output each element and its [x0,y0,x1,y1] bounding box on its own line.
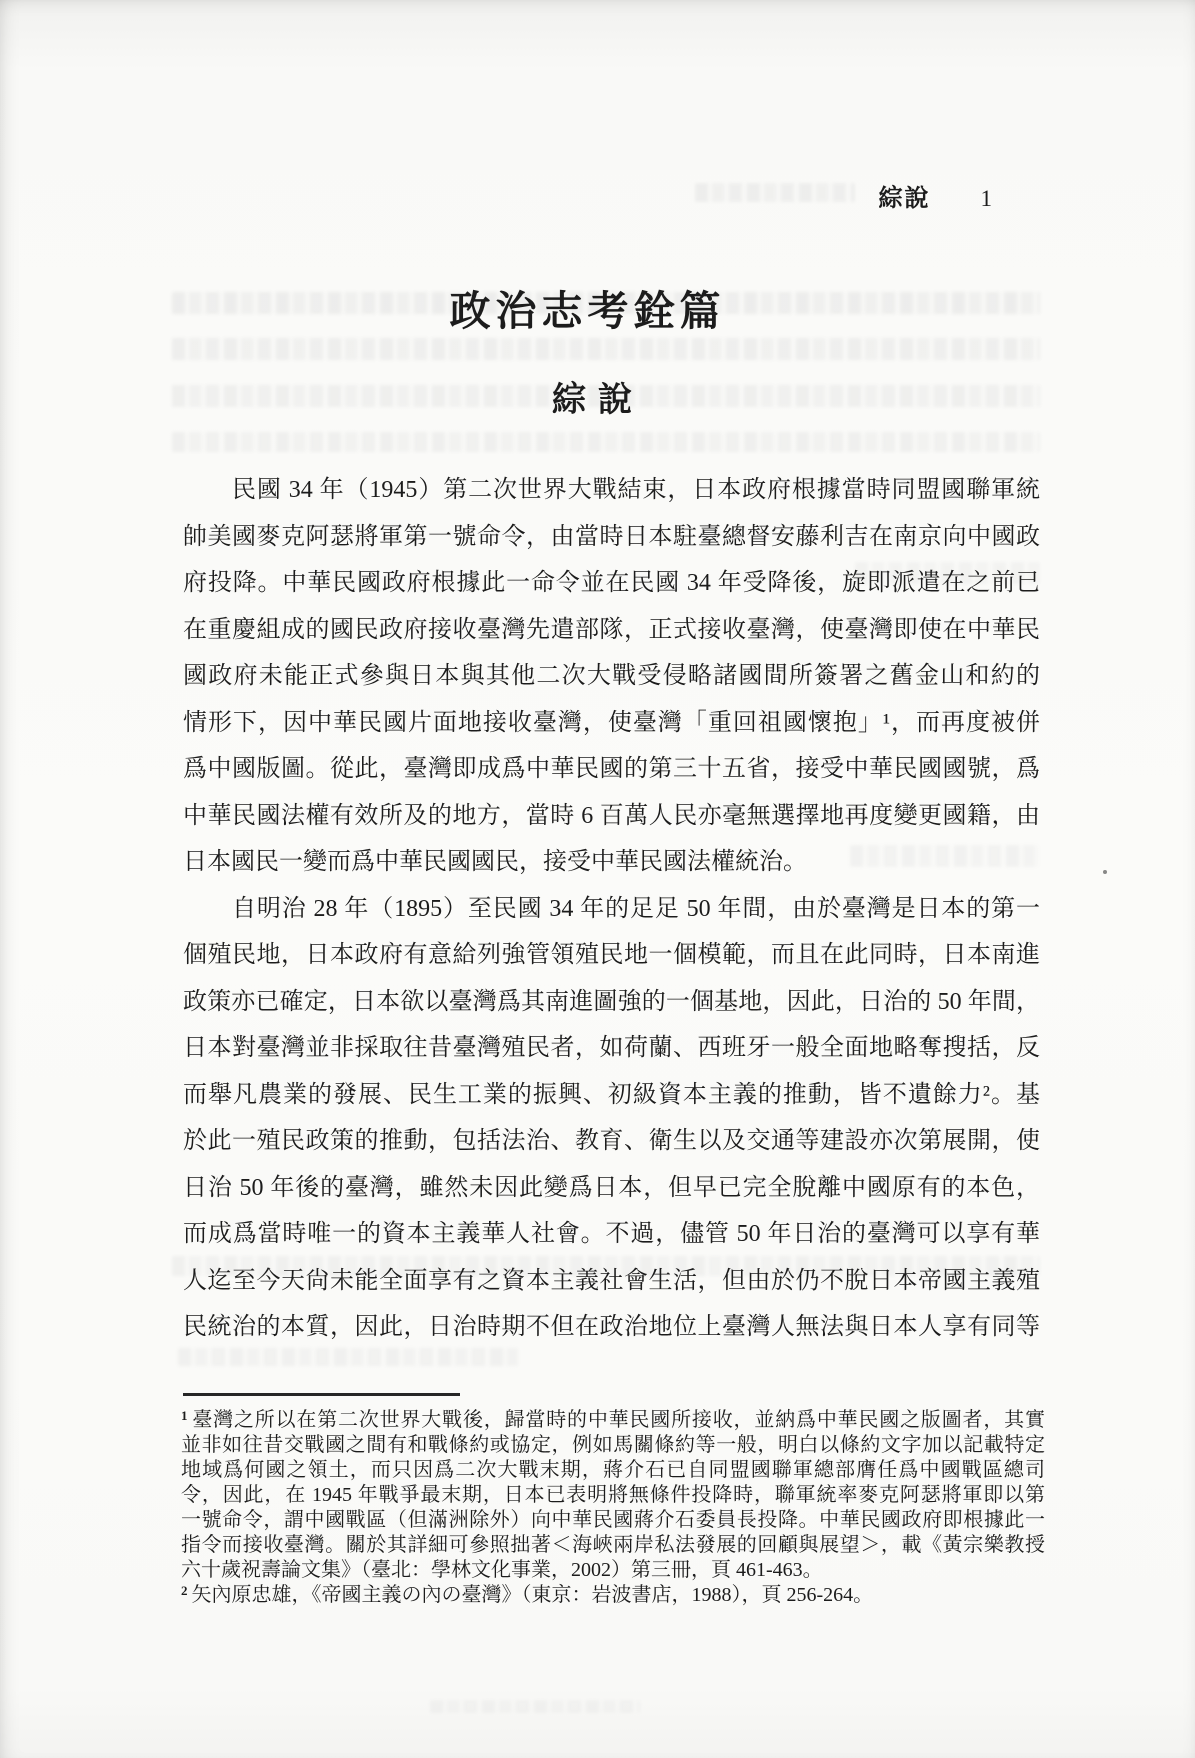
page-number: 1 [981,186,993,212]
body-line: 個殖民地，日本政府有意給列強管領殖民地一個模範，而且在此同時，日本南進 [183,932,1040,979]
running-header: 綜說 1 [879,178,993,213]
body-line: 府投降。中華民國政府根據此一命令並在民國 34 年受降後，旋即派遣在之前已 [183,560,1040,607]
running-header-section: 綜說 [879,178,931,213]
footnote-marker: 2 [181,1583,192,1598]
page-title: 政治志考銓篇 [0,278,1170,337]
footnote-line: 指令而接收臺灣。關於其詳細可參照拙著＜海峽兩岸私法發展的回顧與展望＞，載《黃宗樂… [181,1533,1045,1558]
body-line: 情形下，因中華民國片面地接收臺灣，使臺灣「重回祖國懷抱」¹，而再度被併 [183,700,1040,747]
bleed-through [172,338,1040,360]
bleed-through [695,183,855,202]
footnote-line: 1臺灣之所以在第二次世界大戰後，歸當時的中華民國所接收，並納爲中華民國之版圖者，… [181,1408,1045,1433]
footnote-line: 並非如往昔交戰國之間有和戰條約或協定，例如馬關條約等一般，明白以條約文字加以記載… [181,1433,1045,1458]
body-line: 日本國民一變而爲中華民國國民，接受中華民國法權統治。 [183,839,1040,886]
section-heading: 綜說 [0,372,1184,421]
footnotes: 1臺灣之所以在第二次世界大戰後，歸當時的中華民國所接收，並納爲中華民國之版圖者，… [181,1408,1045,1608]
book-page: 綜說 1 政治志考銓篇 綜說 民國 34 年（1945）第二次世界大戰結束，日本… [0,0,1195,1758]
scan-speck [1103,870,1107,874]
bleed-through [430,1700,640,1713]
footnote-line: 令，因此，在 1945 年戰爭最末期，日本已表明將無條件投降時，聯軍統率麥克阿瑟… [181,1483,1045,1508]
body-line: 政策亦已確定，日本欲以臺灣爲其南進圖強的一個基地，因此，日治的 50 年間， [183,979,1040,1026]
body-text: 民國 34 年（1945）第二次世界大戰結束，日本政府根據當時同盟國聯軍統帥美國… [183,467,1040,1351]
footnote-line: 2矢內原忠雄，《帝國主義の內の臺灣》（東京：岩波書店，1988），頁 256-2… [181,1583,1045,1608]
body-line: 自明治 28 年（1895）至民國 34 年的足足 50 年間，由於臺灣是日本的… [183,886,1040,933]
footnote-divider [183,1393,460,1396]
body-line: 而成爲當時唯一的資本主義華人社會。不過，儘管 50 年日治的臺灣可以享有華 [183,1211,1040,1258]
body-line: 於此一殖民政策的推動，包括法治、教育、衛生以及交通等建設亦次第展開，使 [183,1118,1040,1165]
body-line: 國政府未能正式參與日本與其他二次大戰受侵略諸國間所簽署之舊金山和約的 [183,653,1040,700]
body-line: 日本對臺灣並非採取往昔臺灣殖民者，如荷蘭、西班牙一般全面地略奪搜括，反 [183,1025,1040,1072]
bleed-through [172,432,1040,452]
body-line: 帥美國麥克阿瑟將軍第一號命令，由當時日本駐臺總督安藤利吉在南京向中國政 [183,514,1040,561]
body-line: 中華民國法權有效所及的地方，當時 6 百萬人民亦毫無選擇地再度變更國籍，由 [183,793,1040,840]
body-line: 日治 50 年後的臺灣，雖然未因此變爲日本，但早已完全脫離中國原有的本色， [183,1165,1040,1212]
body-line: 而舉凡農業的發展、民生工業的振興、初級資本主義的推動，皆不遺餘力²。基 [183,1072,1040,1119]
footnote-line: 一號命令，謂中國戰區（但滿洲除外）向中華民國蔣介石委員長投降。中華民國政府即根據… [181,1508,1045,1533]
footnote-marker: 1 [181,1408,192,1423]
bleed-through [178,1348,518,1366]
footnote-line: 地域爲何國之領土，而只因爲二次大戰末期，蔣介石已自同盟國聯軍總部膺任爲中國戰區總… [181,1458,1045,1483]
body-line: 爲中國版圖。從此，臺灣即成爲中華民國的第三十五省，接受中華民國國號，爲 [183,746,1040,793]
body-line: 在重慶組成的國民政府接收臺灣先遣部隊，正式接收臺灣，使臺灣即使在中華民 [183,607,1040,654]
body-line: 人迄至今天尙未能全面享有之資本主義社會生活，但由於仍不脫日本帝國主義殖 [183,1258,1040,1305]
body-line: 民國 34 年（1945）第二次世界大戰結束，日本政府根據當時同盟國聯軍統 [183,467,1040,514]
footnote-line: 六十歲祝壽論文集》（臺北：學林文化事業，2002）第三冊，頁 461-463。 [181,1558,1045,1583]
body-line: 民統治的本質，因此，日治時期不但在政治地位上臺灣人無法與日本人享有同等 [183,1304,1040,1351]
